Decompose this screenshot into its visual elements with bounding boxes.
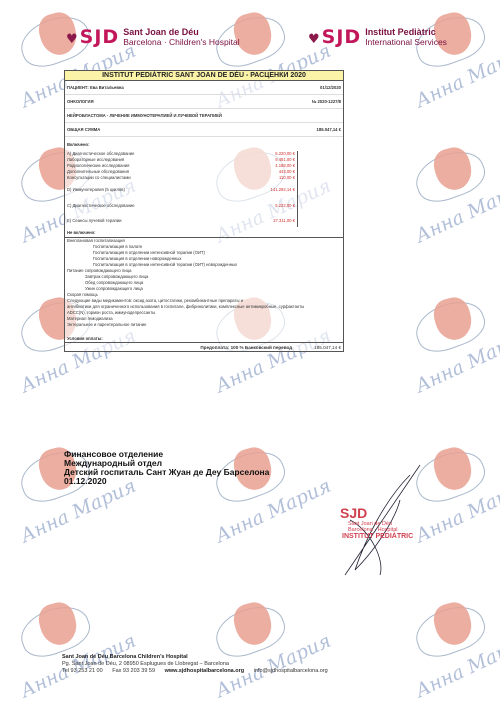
footer-hospital-name: Sant Joan de Déu Barcelona Children's Ho… [62, 654, 328, 661]
signature-date: 01.12.2020 [64, 477, 269, 486]
included-label: Включено: [67, 142, 90, 147]
stamp-line: INSTITUT PEDIÀTRIC [342, 533, 413, 540]
watermark-logo: Анна Мария [405, 595, 500, 685]
price-sheet: INSTITUT PEDIÀTRIC SANT JOAN DE DÉU - РА… [64, 70, 344, 352]
footer-address: Pg. Sant Joan de Déu, 2 08950 Esplugues … [62, 661, 328, 668]
sjd-emblem-icon: ♥ [308, 32, 321, 47]
finance-department-signature: Финансовое отделение Международный отдел… [64, 450, 269, 486]
included-item: D) Иммунотерапия (5 циклов)141.292,14 € [65, 181, 297, 197]
logo-line-1: Sant Joan de Déu [123, 27, 239, 37]
logo-line-2: International Services [365, 37, 447, 47]
prepayment-value: 185.047,14 € [314, 345, 341, 350]
institute-logo: ♥SJD Institut Pediàtric International Se… [308, 26, 447, 48]
watermark-logo: Анна Мария [405, 290, 500, 380]
sjd-emblem-icon: ♥ [66, 32, 79, 47]
prepayment-label: Предоплата: 100 % Банковский перевод [200, 345, 292, 350]
not-included-list: Внеплановая госпитализация Госпитализаци… [65, 237, 343, 328]
sheet-date: 01/12/2020 [320, 85, 341, 90]
watermark-logo: Анна Мария [405, 5, 500, 95]
hospital-stamp: SJD Sant Joan de Déu Barcelona · Hospita… [340, 505, 413, 540]
total-value: 185.047,14 € [317, 127, 341, 132]
not-included-label: Не включено: [67, 230, 96, 235]
included-item: C) Диагностическое обследование5.222,00 … [65, 197, 297, 213]
logo-line-2: Barcelona · Children's Hospital [123, 37, 239, 47]
watermark-logo: Анна Мария [405, 140, 500, 230]
hospital-logo: ♥SJD Sant Joan de Déu Barcelona · Childr… [66, 26, 240, 48]
footer-email-link[interactable]: info@sjdhospitalbarcelona.org [254, 668, 328, 674]
sjd-logo-mark: ♥SJD [66, 26, 119, 48]
included-list: A) Диагностическое обследование5.220,00 … [65, 151, 298, 227]
sheet-title: INSTITUT PEDIÀTRIC SANT JOAN DE DÉU - РА… [65, 71, 343, 81]
payment-terms-label: Условия оплаты: [67, 336, 103, 341]
diagnosis: НЕЙРОБЛАСТОМА - ЛЕЧЕНИЕ ИММУНОТЕРАПИЕЙ И… [67, 113, 222, 118]
department: ОНКОЛОГИЯ [67, 99, 94, 104]
logo-line-1: Institut Pediàtric [365, 27, 447, 37]
stamp-logo: SJD [340, 505, 413, 521]
sjd-logo-mark: ♥SJD [308, 26, 361, 48]
patient-name: ПАЦИЕНТ: Ева Витальевна [67, 85, 124, 90]
footer-contacts: Sant Joan de Déu Barcelona Children's Ho… [62, 654, 328, 675]
total-label: ОБЩАЯ СУММА [67, 127, 100, 132]
footer-phone: Tel 93 253 21 00 [62, 668, 103, 674]
document-number: № 2020-1227/8 [312, 99, 341, 104]
footer-website-link[interactable]: www.sjdhospitalbarcelona.org [165, 668, 245, 674]
included-item: E) Сеансы лучевой терапии27.311,00 € [65, 213, 297, 227]
footer-fax: Fax 93 203 39 59 [112, 668, 155, 674]
